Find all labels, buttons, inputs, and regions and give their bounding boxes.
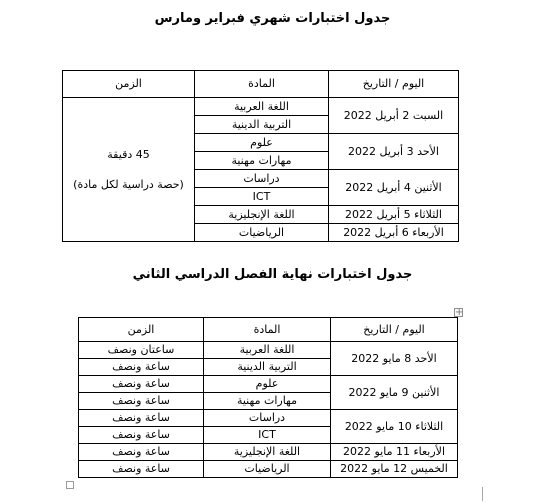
subject-cell[interactable]: ICT (195, 188, 329, 206)
subject-cell[interactable]: ICT (204, 427, 331, 444)
subject-cell[interactable]: الرياضيات (195, 224, 329, 242)
date-cell[interactable]: الثلاثاء 10 مايو 2022 (331, 410, 458, 444)
subject-cell[interactable]: علوم (195, 134, 329, 152)
date-cell[interactable]: الأربعاء 6 أبريل 2022 (329, 224, 459, 242)
table-row: الأثنين 9 مايو 2022 علوم ساعة ونصف (79, 376, 458, 393)
subject-cell[interactable]: اللغة العربية (195, 98, 329, 116)
header-day-date[interactable]: اليوم / التاريخ (331, 318, 458, 342)
table-resize-handle-icon[interactable] (66, 481, 74, 489)
date-cell[interactable]: السبت 2 أبريل 2022 (329, 98, 459, 134)
subject-cell[interactable]: الرياضيات (204, 461, 331, 478)
subject-cell[interactable]: اللغة العربية (204, 342, 331, 359)
header-time[interactable]: الزمن (79, 318, 204, 342)
table-header-row: اليوم / التاريخ المادة الزمن (63, 71, 459, 98)
subject-cell[interactable]: التربية الدينية (204, 359, 331, 376)
table-row: الثلاثاء 10 مايو 2022 دراسات ساعة ونصف (79, 410, 458, 427)
time-cell[interactable]: ساعة ونصف (79, 393, 204, 410)
time-cell[interactable]: 45 دقيقة (حصة دراسية لكل مادة) (63, 98, 195, 242)
subject-cell[interactable]: دراسات (204, 410, 331, 427)
subject-cell[interactable]: اللغة الإنجليزية (204, 444, 331, 461)
time-cell[interactable]: ساعة ونصف (79, 461, 204, 478)
final-exams-title[interactable]: جدول اختبارات نهاية الفصل الدراسي الثاني (0, 267, 545, 282)
date-cell[interactable]: الخميس 12 مايو 2022 (331, 461, 458, 478)
subject-cell[interactable]: دراسات (195, 170, 329, 188)
time-cell[interactable]: ساعتان ونصف (79, 342, 204, 359)
date-cell[interactable]: الثلاثاء 5 أبريل 2022 (329, 206, 459, 224)
table-row: الأربعاء 11 مايو 2022 اللغة الإنجليزية س… (79, 444, 458, 461)
date-cell[interactable]: الأربعاء 11 مايو 2022 (331, 444, 458, 461)
header-subject[interactable]: المادة (204, 318, 331, 342)
time-cell[interactable]: ساعة ونصف (79, 444, 204, 461)
table-row: الخميس 12 مايو 2022 الرياضيات ساعة ونصف (79, 461, 458, 478)
date-cell[interactable]: الأثنين 4 أبريل 2022 (329, 170, 459, 206)
table-row: السبت 2 أبريل 2022 اللغة العربية 45 دقيق… (63, 98, 459, 116)
time-cell[interactable]: ساعة ونصف (79, 427, 204, 444)
date-cell[interactable]: الأحد 3 أبريل 2022 (329, 134, 459, 170)
subject-cell[interactable]: مهارات مهنية (195, 152, 329, 170)
table-header-row: اليوم / التاريخ المادة الزمن (79, 318, 458, 342)
date-cell[interactable]: الأحد 8 مايو 2022 (331, 342, 458, 376)
subject-cell[interactable]: التربية الدينية (195, 116, 329, 134)
subject-cell[interactable]: اللغة الإنجليزية (195, 206, 329, 224)
table-move-handle-icon[interactable]: + (454, 308, 463, 317)
time-cell[interactable]: ساعة ونصف (79, 410, 204, 427)
header-time[interactable]: الزمن (63, 71, 195, 98)
time-cell[interactable]: ساعة ونصف (79, 359, 204, 376)
header-subject[interactable]: المادة (195, 71, 329, 98)
subject-cell[interactable]: مهارات مهنية (204, 393, 331, 410)
time-note-text: (حصة دراسية لكل مادة) (65, 178, 192, 192)
header-day-date[interactable]: اليوم / التاريخ (329, 71, 459, 98)
date-cell[interactable]: الأثنين 9 مايو 2022 (331, 376, 458, 410)
subject-cell[interactable]: علوم (204, 376, 331, 393)
monthly-exams-title[interactable]: جدول اختبارات شهري فبراير ومارس (0, 11, 545, 26)
text-cursor (482, 487, 483, 501)
table-row: الأحد 8 مايو 2022 اللغة العربية ساعتان و… (79, 342, 458, 359)
monthly-exams-table: اليوم / التاريخ المادة الزمن السبت 2 أبر… (62, 70, 459, 242)
time-cell[interactable]: ساعة ونصف (79, 376, 204, 393)
time-duration: 45 دقيقة (65, 148, 192, 162)
final-exams-table: اليوم / التاريخ المادة الزمن الأحد 8 ماي… (78, 317, 458, 478)
document-page: جدول اختبارات شهري فبراير ومارس اليوم / … (0, 0, 545, 503)
